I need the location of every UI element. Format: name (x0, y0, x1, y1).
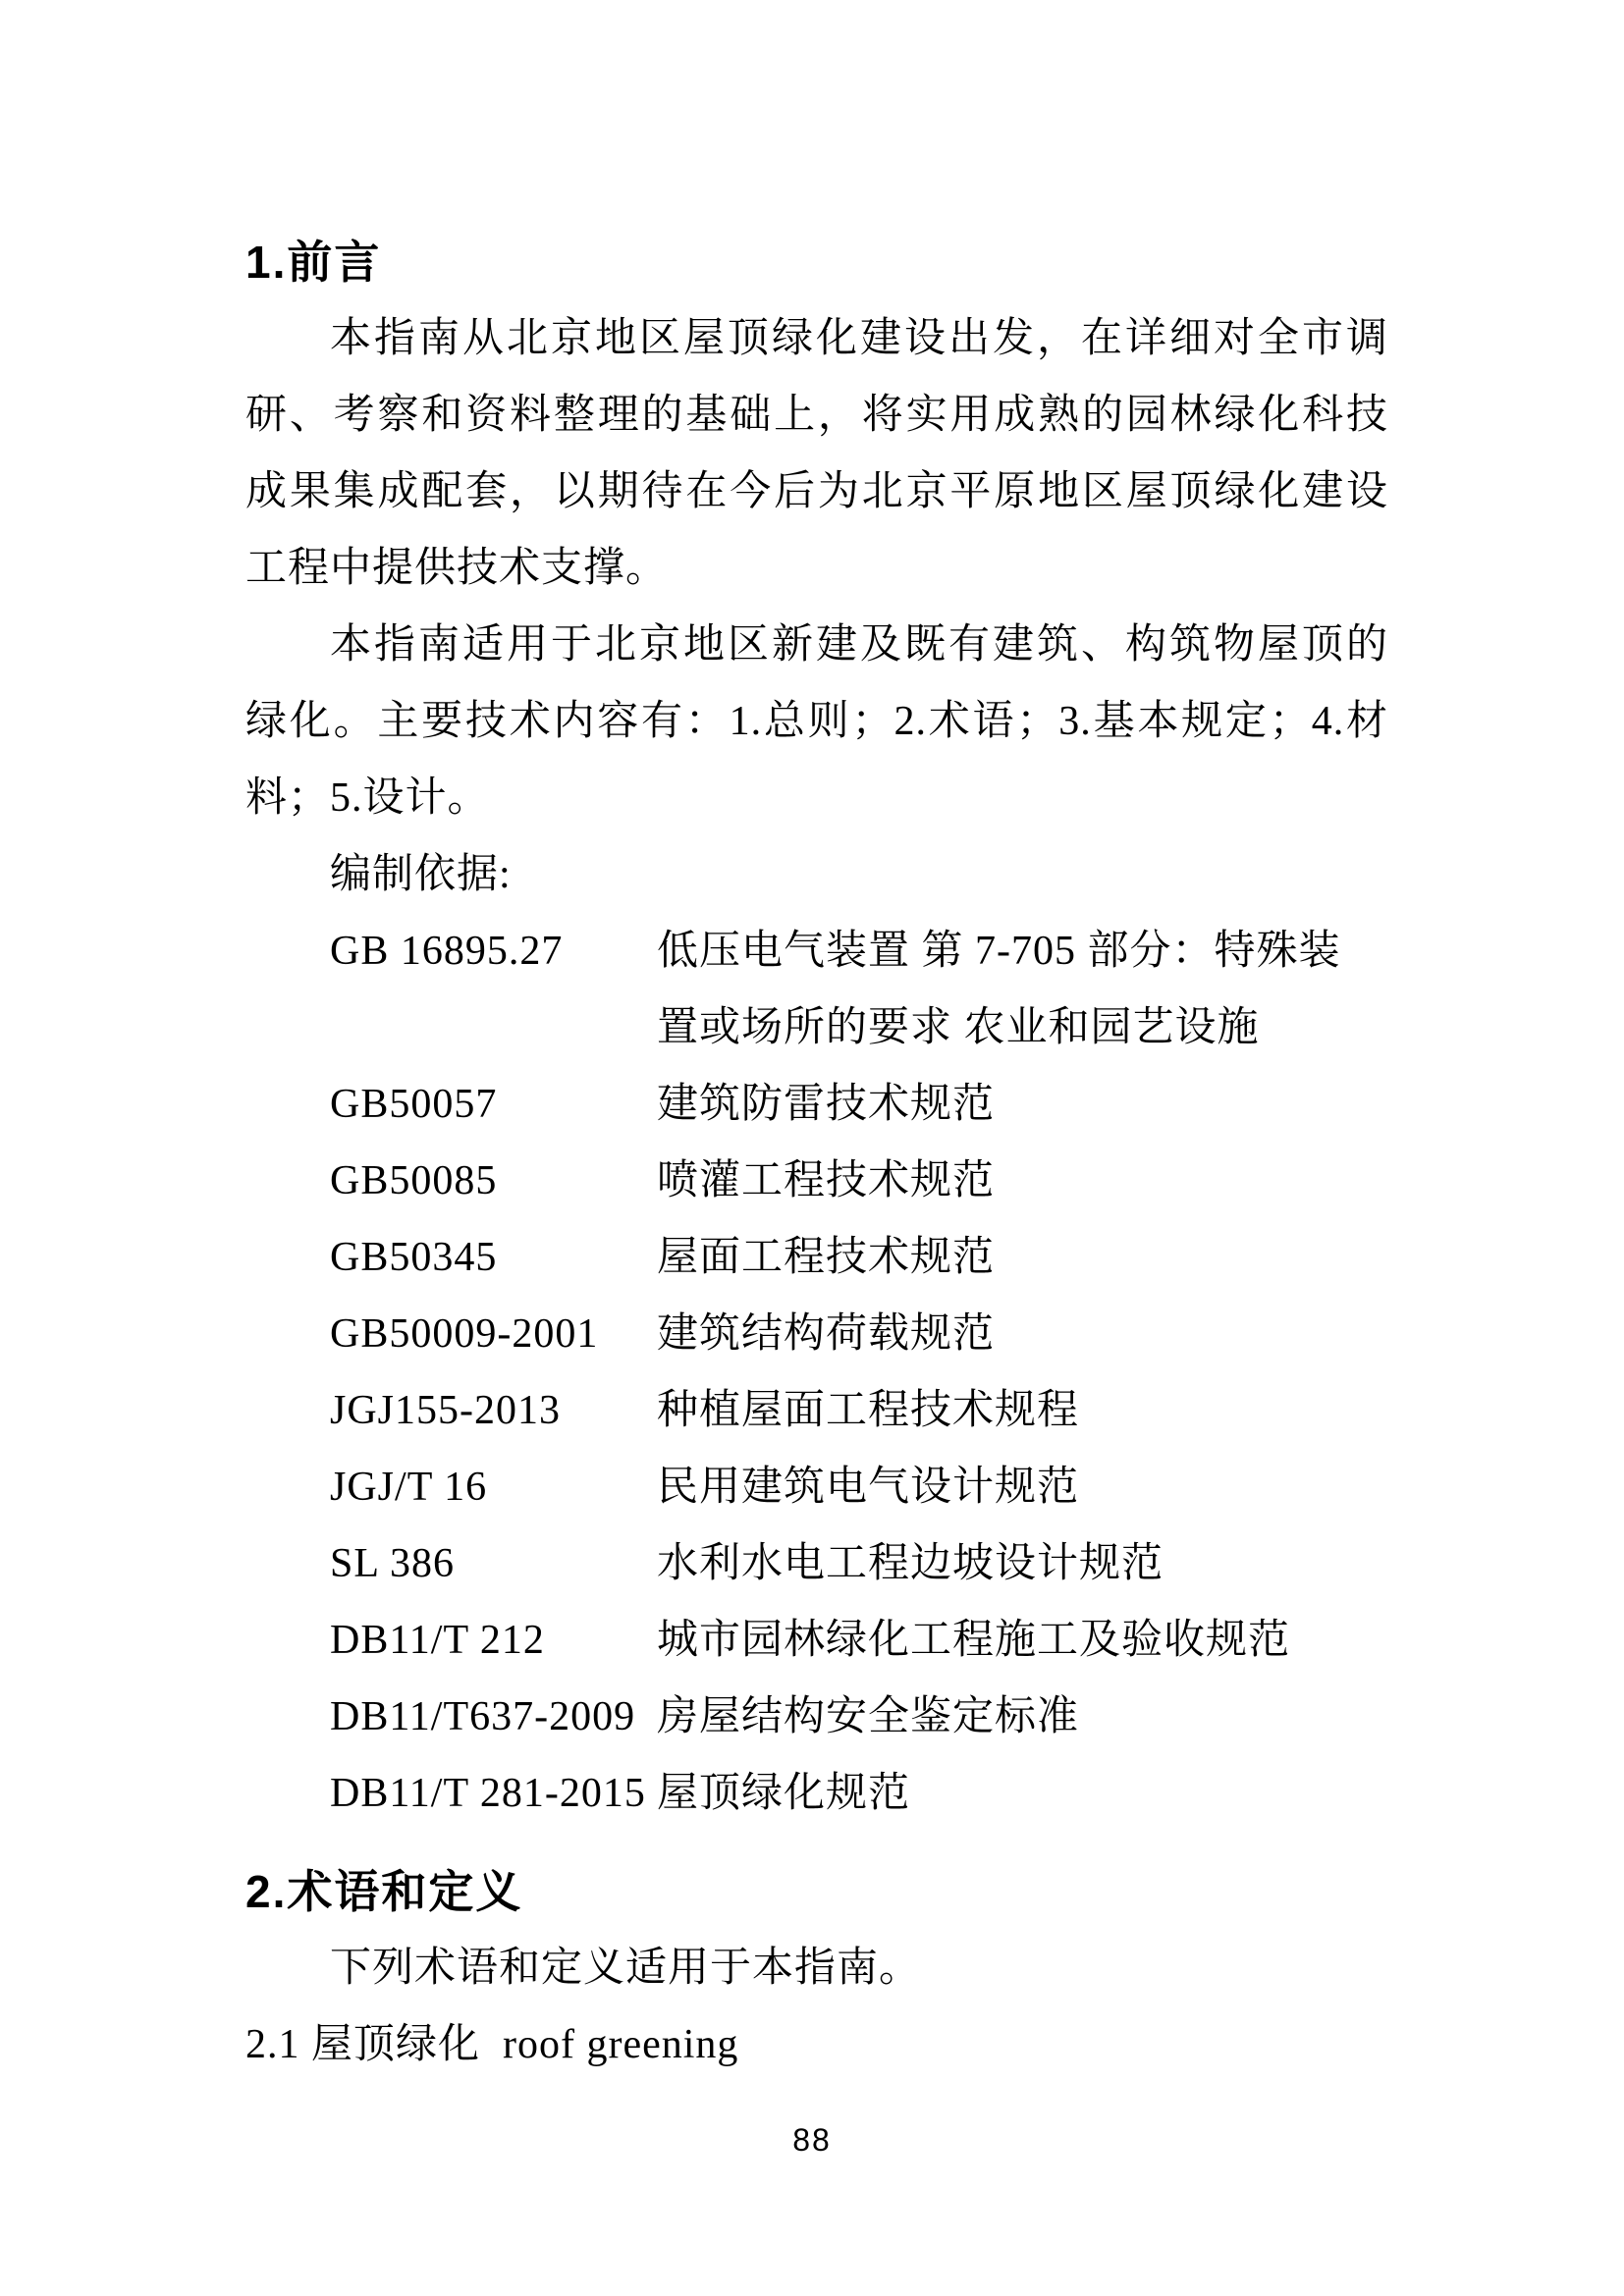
section-1-paragraph-2: 本指南适用于北京地区新建及既有建筑、构筑物屋顶的绿化。主要技术内容有：1.总则；… (245, 607, 1388, 836)
standard-title-line: 城市园林绿化工程施工及验收规范 (657, 1602, 1388, 1679)
standard-title-line: 建筑结构荷载规范 (657, 1296, 1388, 1372)
section-2-heading: 2.术语和定义 (245, 1853, 1388, 1930)
standard-title-line: 屋顶绿化规范 (657, 1755, 1388, 1832)
standard-code: GB50009-2001 (330, 1296, 657, 1372)
standard-row: GB50057建筑防雷技术规范 (330, 1066, 1388, 1143)
page-number: 88 (0, 2122, 1624, 2158)
paragraph-line: 工程中提供技术支撑。 (245, 530, 1388, 607)
standard-title: 低压电气装置 第 7-705 部分：特殊装置或场所的要求 农业和园艺设施 (657, 913, 1388, 1066)
section-2-intro: 下列术语和定义适用于本指南。 (245, 1930, 1388, 2006)
standard-title: 喷灌工程技术规范 (657, 1143, 1388, 1219)
standard-title-line: 种植屋面工程技术规程 (657, 1372, 1388, 1449)
standards-list: GB 16895.27低压电气装置 第 7-705 部分：特殊装置或场所的要求 … (245, 913, 1388, 1832)
paragraph-line: 研、考察和资料整理的基础上，将实用成熟的园林绿化科技 (245, 377, 1388, 454)
standard-code: GB50085 (330, 1143, 657, 1219)
standard-row: GB50345屋面工程技术规范 (330, 1219, 1388, 1296)
section-1-paragraph-1: 本指南从北京地区屋顶绿化建设出发，在详细对全市调研、考察和资料整理的基础上，将实… (245, 300, 1388, 607)
standard-title-line: 置或场所的要求 农业和园艺设施 (657, 989, 1388, 1066)
standard-code: JGJ/T 16 (330, 1449, 657, 1525)
standard-row: GB50009-2001建筑结构荷载规范 (330, 1296, 1388, 1372)
standard-row: SL 386水利水电工程边坡设计规范 (330, 1525, 1388, 1602)
paragraph-line: 本指南适用于北京地区新建及既有建筑、构筑物屋顶的 (245, 607, 1388, 683)
standard-title-line: 建筑防雷技术规范 (657, 1066, 1388, 1143)
standard-row: GB50085喷灌工程技术规范 (330, 1143, 1388, 1219)
standard-title: 房屋结构安全鉴定标准 (657, 1679, 1388, 1755)
standard-row: GB 16895.27低压电气装置 第 7-705 部分：特殊装置或场所的要求 … (330, 913, 1388, 1066)
standard-title-line: 水利水电工程边坡设计规范 (657, 1525, 1388, 1602)
paragraph-line: 料；5.设计。 (245, 760, 1388, 836)
standard-row: JGJ/T 16民用建筑电气设计规范 (330, 1449, 1388, 1525)
standard-title: 民用建筑电气设计规范 (657, 1449, 1388, 1525)
standard-title: 种植屋面工程技术规程 (657, 1372, 1388, 1449)
standard-title: 建筑结构荷载规范 (657, 1296, 1388, 1372)
standard-row: DB11/T637-2009房屋结构安全鉴定标准 (330, 1679, 1388, 1755)
standard-code: GB50345 (330, 1219, 657, 1296)
standard-title-line: 房屋结构安全鉴定标准 (657, 1679, 1388, 1755)
standard-code: DB11/T637-2009 (330, 1679, 657, 1755)
standard-code: JGJ155-2013 (330, 1372, 657, 1449)
standard-title: 建筑防雷技术规范 (657, 1066, 1388, 1143)
basis-label: 编制依据: (245, 836, 1388, 913)
standard-code: GB 16895.27 (330, 913, 657, 989)
standard-row: DB11/T 212城市园林绿化工程施工及验收规范 (330, 1602, 1388, 1679)
standard-title-line: 喷灌工程技术规范 (657, 1143, 1388, 1219)
standard-title-line: 屋面工程技术规范 (657, 1219, 1388, 1296)
document-body: 1.前言 本指南从北京地区屋顶绿化建设出发，在详细对全市调研、考察和资料整理的基… (0, 0, 1624, 2083)
standard-title-line: 低压电气装置 第 7-705 部分：特殊装 (657, 913, 1388, 989)
standard-code: GB50057 (330, 1066, 657, 1143)
standard-code: DB11/T 212 (330, 1602, 657, 1679)
section-1-heading: 1.前言 (245, 224, 1388, 300)
standard-row: DB11/T 281-2015屋顶绿化规范 (330, 1755, 1388, 1832)
standard-code: SL 386 (330, 1525, 657, 1602)
paragraph-line: 成果集成配套，以期待在今后为北京平原地区屋顶绿化建设 (245, 454, 1388, 530)
paragraph-line: 本指南从北京地区屋顶绿化建设出发，在详细对全市调 (245, 300, 1388, 377)
standard-title-line: 民用建筑电气设计规范 (657, 1449, 1388, 1525)
paragraph-line: 绿化。主要技术内容有：1.总则；2.术语；3.基本规定；4.材 (245, 683, 1388, 760)
standard-code: DB11/T 281-2015 (330, 1755, 657, 1832)
document-page: 1.前言 本指南从北京地区屋顶绿化建设出发，在详细对全市调研、考察和资料整理的基… (0, 0, 1624, 2296)
standard-title: 城市园林绿化工程施工及验收规范 (657, 1602, 1388, 1679)
standard-title: 屋面工程技术规范 (657, 1219, 1388, 1296)
standard-title: 屋顶绿化规范 (657, 1755, 1388, 1832)
term-2-1: 2.1 屋顶绿化 roof greening (245, 2006, 1388, 2083)
standard-title: 水利水电工程边坡设计规范 (657, 1525, 1388, 1602)
standard-row: JGJ155-2013种植屋面工程技术规程 (330, 1372, 1388, 1449)
